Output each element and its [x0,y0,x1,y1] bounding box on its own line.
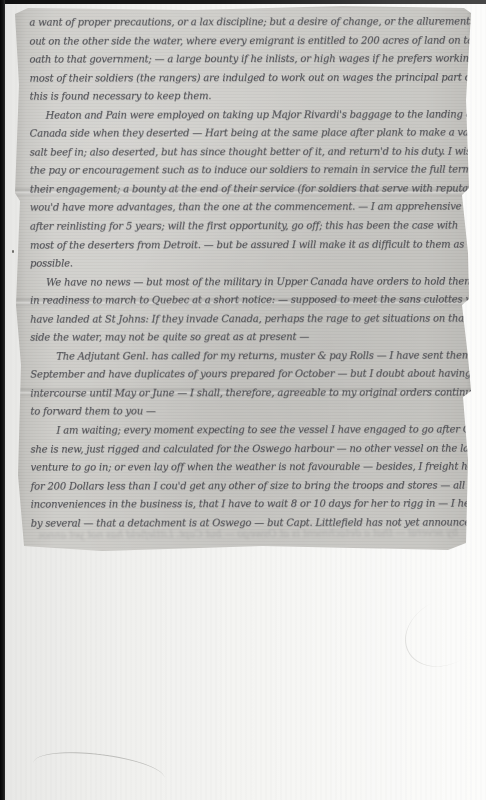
manuscript-line: to forward them to you — [30,403,468,423]
manuscript-line: after reinlisting for 5 years; will the … [30,217,468,237]
manuscript-line: most of their soldiers (the rangers) are… [29,69,467,89]
manuscript-line: out on the other side the water, where e… [29,32,467,52]
scratch-mark [393,584,486,680]
manuscript-line: wou'd have more advantages, than the one… [30,199,468,219]
dust-speck [12,250,14,253]
manuscript-line: venture to go in; or even lay off when t… [30,459,468,479]
manuscript-line: this is found necessary to keep them. [30,88,468,108]
manuscript-line: Canada side when they deserted — Hart be… [30,125,468,145]
scanned-manuscript-screen: { "document": { "kind_label": "handwritt… [0,0,486,800]
manuscript-line: Heaton and Pain were employed on taking … [30,106,468,126]
manuscript-line: the pay or encouragement such as to indu… [30,162,468,182]
manuscript-text: a want of proper precautions, or a lax d… [29,13,468,533]
manuscript-line: oath to that government; — a large bount… [29,51,467,71]
manuscript-line: We have no news — but most of the milita… [30,273,468,293]
manuscript-line: for 200 Dollars less than I cou'd get an… [31,477,469,497]
manuscript-line: inconveniences in the business is, that … [31,496,469,516]
scratch-mark [31,746,166,795]
manuscript-line: most of the deserters from Detroit. — bu… [30,236,468,256]
manuscript-line: salt beef in; also deserted, but has sin… [30,143,468,163]
manuscript-line: side the water, may not be quite so grea… [30,329,468,349]
manuscript-line: possible. [30,255,468,275]
manuscript-page: a want of proper precautions, or a lax d… [12,5,471,551]
manuscript-line: in readiness to march to Quebec at a sho… [30,292,468,312]
manuscript-line: have landed at St Johns: If they invade … [30,310,468,330]
manuscript-line: The Adjutant Genl. has called for my ret… [30,347,468,367]
ink-showthrough: by several — that a detachment is at Osw… [38,528,458,542]
manuscript-line: a want of proper precautions, or a lax d… [29,13,467,33]
manuscript-line: she is new, just rigged and calculated f… [30,440,468,460]
manuscript-line: September and have duplicates of yours p… [30,366,468,386]
manuscript-line: intercourse until May or June — I shall,… [30,384,468,404]
manuscript-line: their engagement; a bounty at the end of… [30,180,468,200]
manuscript-line: I am waiting; every moment expecting to … [30,421,468,441]
